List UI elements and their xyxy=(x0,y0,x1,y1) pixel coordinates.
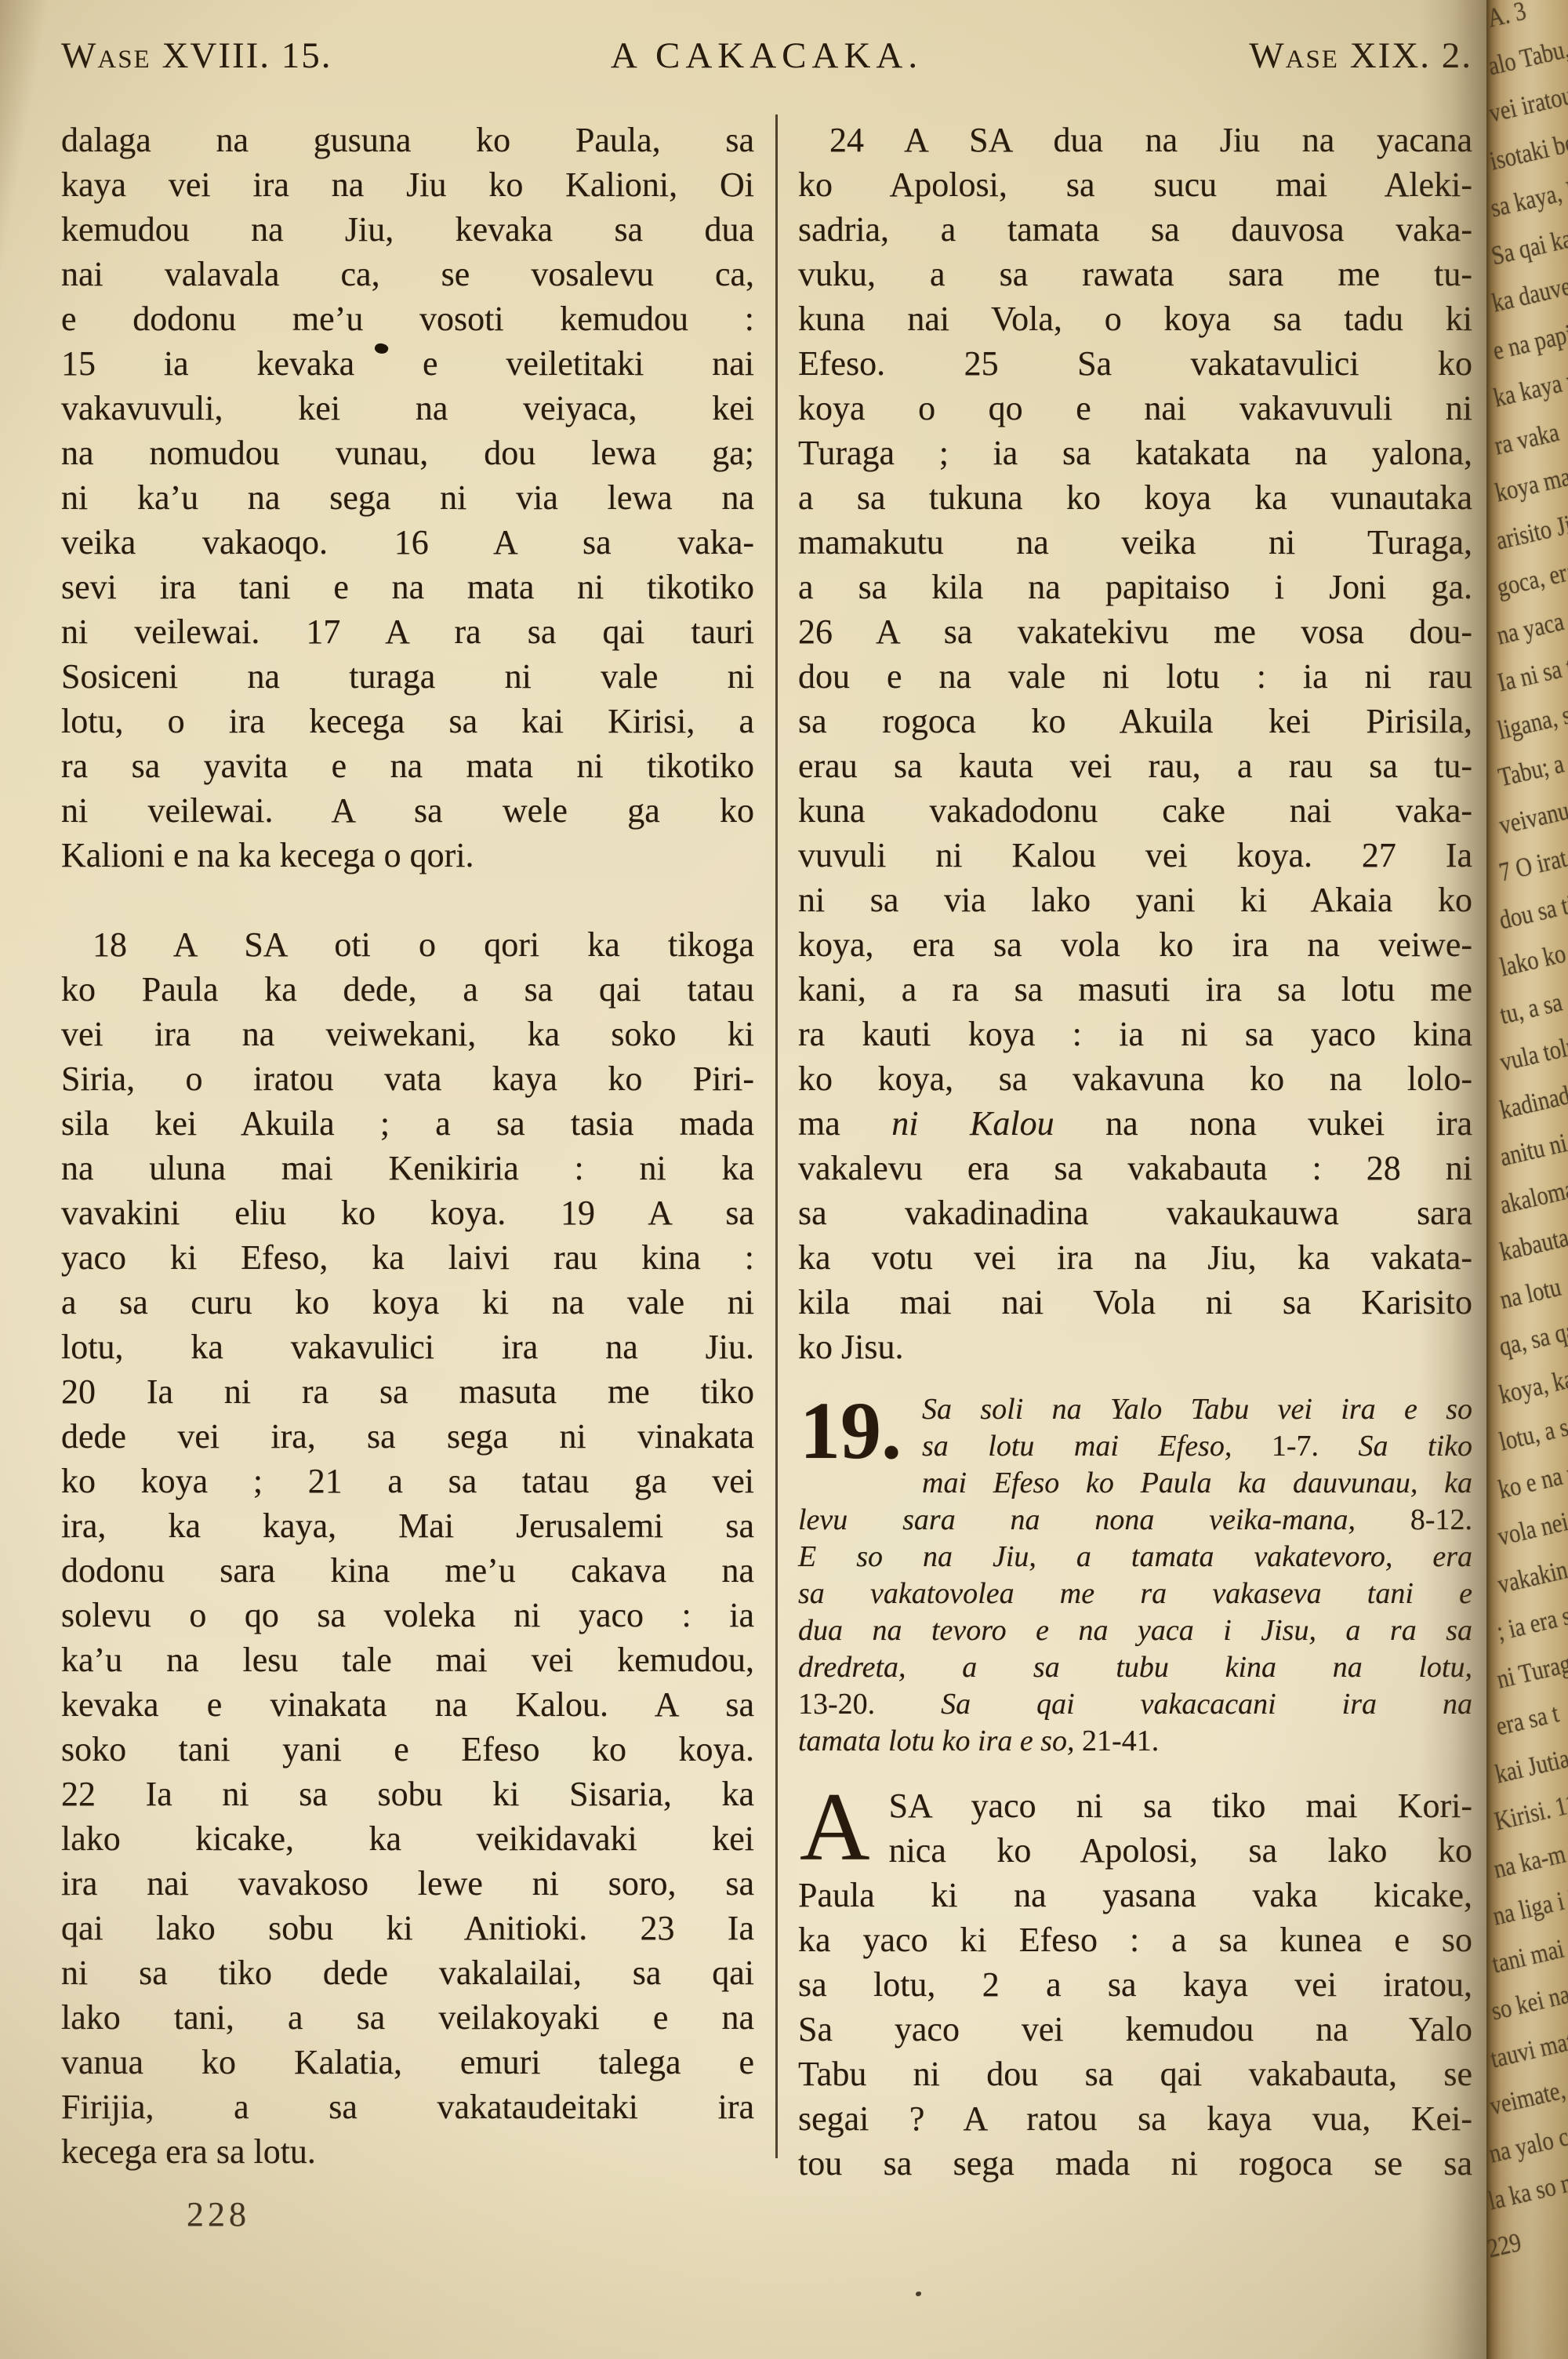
next-page-text-fragment: A. 3 xyxy=(1486,0,1529,33)
text-line: Efeso. 25 Sa vakatavulici ko xyxy=(798,341,1472,386)
text-line: dede vei ira, sa sega ni vinakata xyxy=(61,1414,754,1459)
text-line: dou e na vale ni lotu : ia ni rau xyxy=(798,654,1472,699)
text-line: a sa kila na papitaiso i Joni ga. xyxy=(798,565,1472,609)
text-line: a sa curu ko koya ki na vale ni xyxy=(61,1280,754,1325)
text-line: ko koya ; 21 a sa tatau ga vei xyxy=(61,1459,754,1503)
next-page-text-fragment: na yaca n xyxy=(1494,605,1568,649)
text-line: ira nai vavakoso lewe ni soro, sa xyxy=(61,1861,754,1906)
text-line: veika vakaoqo. 16 A sa vaka- xyxy=(61,520,754,565)
text-line: Firijia, a sa vakataudeitaki ira xyxy=(61,2085,754,2129)
text-line: ni veilewai. A sa wele ga ko xyxy=(61,788,754,833)
text-line: sa lotu, 2 a sa kaya vei iratou, xyxy=(798,1962,1472,2007)
chapter-19-verse-1: A SA yaco ni sa tiko mai Kori-nica ko Ap… xyxy=(798,1783,1472,2186)
text-line: ko Apolosi, sa sucu mai Aleki- xyxy=(798,162,1472,207)
text-line: ka yaco ki Efeso : a sa kunea e so xyxy=(798,1917,1472,1962)
text-line: ko Paula ka dede, a sa qai tatau xyxy=(61,967,754,1012)
next-page-text-fragment: ka kaya vei xyxy=(1491,363,1568,412)
next-page-text-fragment: e na papi xyxy=(1490,321,1568,365)
summary-line: 13-20. Sa qai vakacacani ira na xyxy=(798,1686,1472,1723)
next-page-text-fragment: dou sa tini xyxy=(1497,887,1568,934)
next-page-text-fragment: qa, sa qai xyxy=(1497,1316,1568,1361)
text-line: Turaga ; ia sa katakata na yalona, xyxy=(798,431,1472,475)
text-line: Kalioni e na ka kecega o qori. xyxy=(61,833,754,878)
text-line: kecega era sa lotu. xyxy=(61,2129,754,2174)
book-page: Wase XVIII. 15. A CAKACAKA. Wase XIX. 2.… xyxy=(0,0,1568,2359)
next-page-text-fragment: Tabu; a ra xyxy=(1496,746,1568,792)
text-line: lotu, ka vakavulici ira na Jiu. xyxy=(61,1325,754,1369)
next-page-text-fragment: na ka-m xyxy=(1491,1841,1568,1883)
text-line: vei ira na veiwekani, ka soko ki xyxy=(61,1012,754,1056)
text-line: Sa yaco vei kemudou na Yalo xyxy=(798,2007,1472,2052)
text-line: sadria, a tamata sa dauvosa vaka- xyxy=(798,207,1472,252)
text-line: vanua ko Kalatia, emuri talega e xyxy=(61,2040,754,2085)
next-page-text-fragment: 7 O irat xyxy=(1497,845,1568,887)
next-page-text-fragment: kabauta, xyxy=(1497,1223,1568,1267)
text-line: ka votu vei ira na Jiu, ka vakata- xyxy=(798,1235,1472,1280)
next-page-text-fragment: sa kaya, E n xyxy=(1488,172,1568,222)
ink-blot xyxy=(916,2292,921,2296)
next-page-text-fragment: Kirisi. 11 xyxy=(1492,1790,1568,1835)
text-line: kuna vakadodonu cake nai vaka- xyxy=(798,788,1472,833)
next-page-text-fragment: kadinadina xyxy=(1497,1076,1568,1124)
text-line: ma ni Kalou na nona vukei ira xyxy=(798,1101,1472,1146)
text-line: ira, ka kaya, Mai Jerusalemi sa xyxy=(61,1503,754,1548)
page-number: 228 xyxy=(187,2194,250,2234)
text-line: tou sa sega mada ni rogoca se sa xyxy=(798,2141,1472,2186)
text-line: yaco ki Efeso, ka laivi rau kina : xyxy=(61,1235,754,1280)
next-page-text-fragment: vula tolu, xyxy=(1497,1031,1568,1076)
next-page-text-fragment: ; ia era s xyxy=(1494,1603,1568,1646)
text-line: ra kauti koya : ia ni sa yaco kina xyxy=(798,1012,1472,1056)
text-line: 18 A SA oti o qori ka tikoga xyxy=(61,922,754,967)
text-line: kuna nai Vola, o koya sa tadu ki xyxy=(798,296,1472,341)
next-page-text-fragment: ni Turaga xyxy=(1494,1648,1568,1693)
next-page-text-fragment: na lotu xyxy=(1497,1274,1563,1314)
text-line: qai lako sobu ki Anitioki. 23 Ia xyxy=(61,1906,754,1950)
text-line: 24 A SA dua na Jiu na yacana xyxy=(798,118,1472,162)
next-page-text-fragment: vola nei T xyxy=(1496,1505,1568,1551)
text-line: 15 ia kevaka e veiletitaki nai xyxy=(61,341,754,386)
text-line: vakalevu era sa vakabauta : 28 ni xyxy=(798,1146,1472,1190)
next-page-text-fragment: ko e na vei xyxy=(1496,1456,1568,1503)
next-page-text-fragment: Ia ni sa ta xyxy=(1495,652,1568,697)
running-head-left: Wase XVIII. 15. xyxy=(61,35,611,77)
text-line: na uluna mai Kenikiria : ni ka xyxy=(61,1146,754,1190)
text-line: vavakini eliu ko koya. 19 A sa xyxy=(61,1190,754,1235)
next-page-text-fragment: koya, ka xyxy=(1497,1365,1568,1408)
text-line: kevaka e vinakata na Kalou. A sa xyxy=(61,1682,754,1727)
next-page-edge: A. 3alo Tabu, svei iratou kisotaki bekas… xyxy=(1486,0,1568,2359)
text-line: Siria, o iratou vata kaya ko Piri- xyxy=(61,1056,754,1101)
text-line: ni veilewai. 17 A ra sa qai tauri xyxy=(61,609,754,654)
text-line: sa rogoca ko Akuila kei Pirisila, xyxy=(798,699,1472,743)
text-line: lako tani, a sa veilakoyaki e na xyxy=(61,1995,754,2040)
text-line: 22 Ia ni sa sobu ki Sisaria, ka xyxy=(61,1772,754,1816)
verse-text: SA yaco ni sa tiko mai Kori-nica ko Apol… xyxy=(798,1783,1472,2186)
text-line: vuku, a sa rawata sara me tu- xyxy=(798,252,1472,296)
next-page-text-fragment: kai Jutia, xyxy=(1493,1744,1568,1788)
text-line: vuvuli ni Kalou vei koya. 27 Ia xyxy=(798,833,1472,878)
running-head-right: Wase XIX. 2. xyxy=(923,35,1472,77)
next-page-text-fragment: ligana, sa xyxy=(1496,700,1568,744)
text-line: kani, a ra sa masuti ira sa lotu me xyxy=(798,967,1472,1012)
next-page-text-fragment: ka dauvei xyxy=(1490,272,1568,318)
text-line: lotu, o ira kecega sa kai Kirisi, a xyxy=(61,699,754,743)
text-line: nai valavala ca, se vosalevu ca, xyxy=(61,252,754,296)
text-line: ni sa tiko dede vakalailai, sa qai xyxy=(61,1950,754,1995)
summary-line: dua na tevoro e na yaca i Jisu, a ra sa xyxy=(798,1612,1472,1649)
text-line: ko koya, sa vakavuna ko na lolo- xyxy=(798,1056,1472,1101)
next-page-text-fragment: vei iratou k xyxy=(1486,78,1568,127)
summary-line: dredreta, a sa tubu kina na lotu, xyxy=(798,1649,1472,1686)
text-line: a sa tukuna ko koya ka vunautaka xyxy=(798,475,1472,520)
text-line: na nomudou vunau, dou lewa ga; xyxy=(61,431,754,475)
next-page-text-fragment: tu, a sa xyxy=(1497,989,1565,1029)
text-line: soko tani yani e Efeso ko koya. xyxy=(61,1727,754,1772)
text-line: erau sa kauta vei rau, a rau sa tu- xyxy=(798,743,1472,788)
next-page-text-fragment: anitu ni xyxy=(1497,1130,1568,1172)
text-line: ka’u na lesu tale mai vei kemudou, xyxy=(61,1637,754,1682)
next-page-text-fragment: na yalo ca xyxy=(1486,2121,1568,2168)
chapter-19-heading-block: 19. Sa soli na Yalo Tabu vei ira e sosa … xyxy=(798,1391,1472,1760)
next-page-text-fragment: koya mai xyxy=(1493,463,1568,507)
summary-line: E so na Jiu, a tamata vakatevoro, era xyxy=(798,1539,1472,1576)
next-page-text-fragment: veivanua ta xyxy=(1497,791,1568,840)
next-page-text-fragment: ra vaka xyxy=(1492,419,1562,460)
text-line: kaya vei ira na Jiu ko Kalioni, Oi xyxy=(61,162,754,207)
next-page-text-fragment: na liga i P xyxy=(1490,1885,1568,1931)
text-line: ni sa via lako yani ki Akaia ko xyxy=(798,878,1472,922)
text-line: nica ko Apolosi, sa lako ko xyxy=(798,1828,1472,1873)
next-page-text-fragment: arisito Jis xyxy=(1494,509,1568,554)
right-column: 24 A SA dua na Jiu na yacanako Apolosi, … xyxy=(798,118,1472,2186)
summary-line: levu sara na nona veika-mana, 8-12. xyxy=(798,1502,1472,1539)
text-line: 20 Ia ni ra sa masuta me tiko xyxy=(61,1369,754,1414)
next-page-text-fragment: tauvi mat xyxy=(1488,2028,1568,2073)
next-page-text-fragment: akalomaqa xyxy=(1497,1171,1568,1219)
text-line: Sosiceni na turaga ni vale ni xyxy=(61,654,754,699)
next-page-text-fragment: era sa t xyxy=(1494,1700,1561,1740)
summary-line: sa vakatovolea me ra vakaseva tani e xyxy=(798,1576,1472,1612)
text-line: kemudou na Jiu, kevaka sa dua xyxy=(61,207,754,252)
running-head-title: A CAKACAKA. xyxy=(611,35,923,77)
paragraph-gap xyxy=(61,878,754,922)
text-line: mamakutu na veika ni Turaga, xyxy=(798,520,1472,565)
left-paragraph-1: dalaga na gusuna ko Paula, sakaya vei ir… xyxy=(61,118,754,878)
text-line: Paula ki na yasana vaka kicake, xyxy=(798,1873,1472,1917)
left-paragraph-2: 18 A SA oti o qori ka tikogako Paula ka … xyxy=(61,922,754,2174)
next-page-text-fragment: veimate, xyxy=(1487,2077,1568,2120)
text-line: koya, era sa vola ko ira na veiwe- xyxy=(798,922,1472,967)
text-line: Tabu ni dou sa qai vakabauta, se xyxy=(798,2052,1472,2096)
next-page-text-fragment: Sa qai kay xyxy=(1489,223,1568,270)
next-page-text-fragment: isotaki beka xyxy=(1487,125,1568,175)
next-page-text-fragment: 229 xyxy=(1486,2229,1524,2263)
verse-drop-cap: A xyxy=(798,1783,889,1870)
next-page-text-fragment: alo Tabu, s xyxy=(1486,32,1568,80)
text-line: SA yaco ni sa tiko mai Kori- xyxy=(798,1783,1472,1828)
next-page-text-fragment: vakakina xyxy=(1495,1554,1568,1598)
text-line: ni ka’u na sega ni via lewa na xyxy=(61,475,754,520)
text-line: e dodonu me’u vosoti kemudou : xyxy=(61,296,754,341)
next-page-text-fragment: goca, erato xyxy=(1494,554,1568,602)
text-line: solevu o qo sa voleka ni yaco : ia xyxy=(61,1593,754,1637)
next-page-text-fragment: lotu, a s xyxy=(1497,1414,1568,1456)
running-head: Wase XVIII. 15. A CAKACAKA. Wase XIX. 2. xyxy=(61,35,1472,77)
text-line: sa vakadinadina vakaukauwa sara xyxy=(798,1190,1472,1235)
text-line: dalaga na gusuna ko Paula, sa xyxy=(61,118,754,162)
right-paragraph: 24 A SA dua na Jiu na yacanako Apolosi, … xyxy=(798,118,1472,1369)
text-line: lako kicake, ka veikidavaki kei xyxy=(61,1816,754,1861)
text-line: sila kei Akuila ; a sa tasia mada xyxy=(61,1101,754,1146)
left-column: dalaga na gusuna ko Paula, sakaya vei ir… xyxy=(61,118,754,2174)
text-line: ra sa yavita e na mata ni tikotiko xyxy=(61,743,754,788)
text-line: segai ? A ratou sa kaya vua, Kei- xyxy=(798,2096,1472,2141)
column-divider xyxy=(775,114,778,2158)
text-line: dodonu sara kina me’u cakava na xyxy=(61,1548,754,1593)
text-line: vakavuvuli, kei na veiyaca, kei xyxy=(61,386,754,431)
text-line: koya o qo e nai vakavuvuli ni xyxy=(798,386,1472,431)
next-page-text-fragment: lako ko xyxy=(1497,940,1568,981)
chapter-drop-cap: 19. xyxy=(798,1391,922,1468)
next-page-text-fragment: la ka so n xyxy=(1486,2170,1568,2215)
next-page-text-fragment: tani mai xyxy=(1490,1936,1566,1978)
summary-line: tamata lotu ko ira e so, 21-41. xyxy=(798,1723,1472,1760)
next-page-text-fragment: so kei nai xyxy=(1489,1980,1568,2026)
text-line: sevi ira tani e na mata ni tikotiko xyxy=(61,565,754,609)
text-line: kila mai nai Vola ni sa Karisito xyxy=(798,1280,1472,1325)
text-line: 26 A sa vakatekivu me vosa dou- xyxy=(798,609,1472,654)
text-line: ko Jisu. xyxy=(798,1325,1472,1369)
